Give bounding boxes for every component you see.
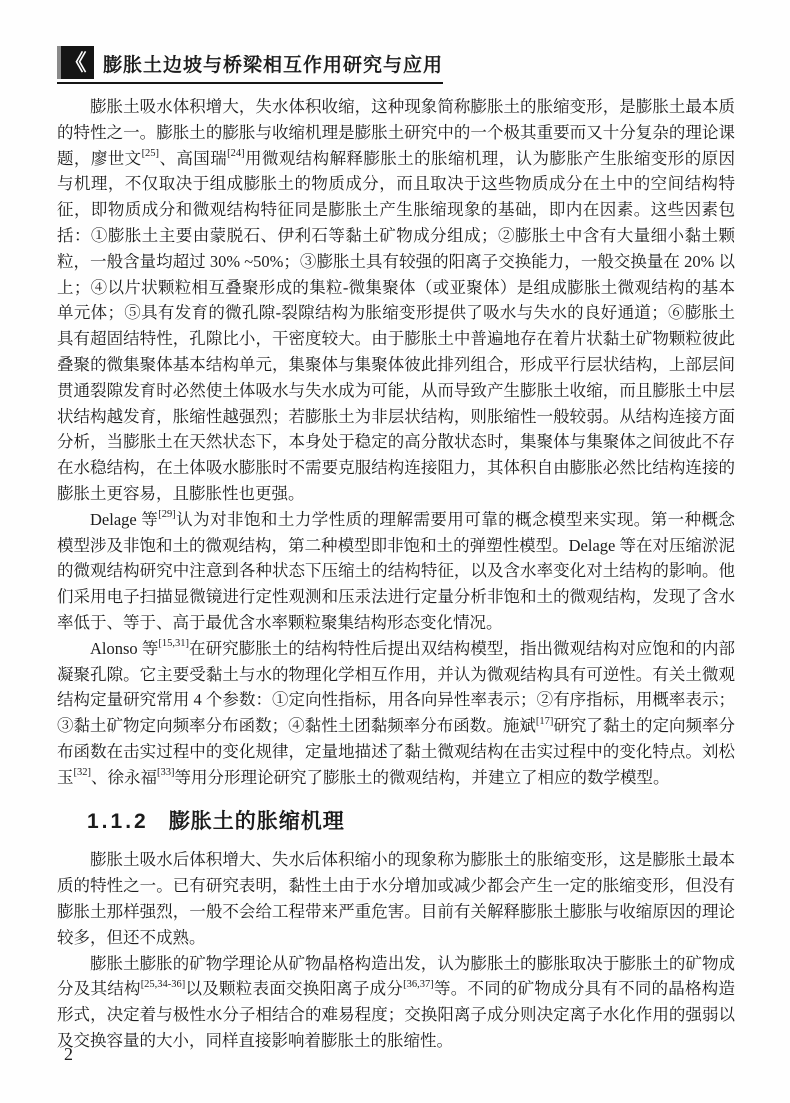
page-number: 2 (64, 1044, 73, 1065)
citation-superscript: [25] (142, 148, 160, 159)
citation-superscript: [33] (157, 767, 175, 778)
text-run: 以及颗粒表面交换阳离子成分 (185, 979, 403, 998)
paragraph: Delage 等[29]认为对非饱和土力学性质的理解需要用可靠的概念模型来实现。… (57, 507, 735, 636)
book-page: 《 膨胀土边坡与桥梁相互作用研究与应用 膨胀土吸水体积增大，失水体积收缩，这种现… (0, 0, 790, 1103)
citation-superscript: [29] (158, 509, 176, 520)
citation-superscript: [17] (536, 716, 554, 727)
section-number: 1.1.2 (87, 810, 149, 833)
text-run: 、徐永福 (91, 768, 157, 787)
text-run: 认为对非饱和土力学性质的理解需要用可靠的概念模型来实现。第一种概念模型涉及非饱和… (57, 510, 735, 632)
paragraph: 膨胀土吸水体积增大，失水体积收缩，这种现象简称膨胀土的胀缩变形，是膨胀土最本质的… (57, 94, 735, 507)
section-heading: 1.1.2膨胀土的胀缩机理 (57, 809, 735, 835)
citation-superscript: [24] (227, 148, 245, 159)
double-chevron-left-icon: 《 (64, 52, 86, 74)
text-run: 用微观结构解释膨胀土的胀缩机理，认为膨胀产生胀缩变形的原因与机理，不仅取决于组成… (57, 149, 735, 503)
text-run: 、高国瑞 (159, 149, 227, 168)
citation-superscript: [25,34-36] (141, 979, 186, 990)
book-logo: 《 (57, 46, 94, 79)
citation-superscript: [36,37] (403, 979, 434, 990)
running-head: 《 膨胀土边坡与桥梁相互作用研究与应用 (57, 46, 443, 84)
text-run: 膨胀土吸水后体积增大、失水后体积缩小的现象称为膨胀土的胀缩变形，这是膨胀土最本质… (57, 850, 735, 946)
text-run: Delage 等 (90, 510, 158, 529)
paragraph: Alonso 等[15,31]在研究膨胀土的结构特性后提出双结构模型，指出微观结… (57, 636, 735, 791)
text-run: Alonso 等 (90, 639, 158, 658)
running-head-title: 膨胀土边坡与桥梁相互作用研究与应用 (103, 50, 443, 79)
content-area: 膨胀土吸水体积增大，失水体积收缩，这种现象简称膨胀土的胀缩变形，是膨胀土最本质的… (57, 94, 735, 1054)
paragraph: 膨胀土膨胀的矿物学理论从矿物晶格构造出发，认为膨胀土的膨胀取决于膨胀土的矿物成分… (57, 951, 735, 1054)
section-title: 膨胀土的胀缩机理 (169, 810, 345, 833)
citation-superscript: [15,31] (158, 638, 189, 649)
paragraph: 膨胀土吸水后体积增大、失水后体积缩小的现象称为膨胀土的胀缩变形，这是膨胀土最本质… (57, 847, 735, 950)
text-run: 等用分形理论研究了膨胀土的微观结构，并建立了相应的数学模型。 (175, 768, 670, 787)
citation-superscript: [32] (74, 767, 92, 778)
